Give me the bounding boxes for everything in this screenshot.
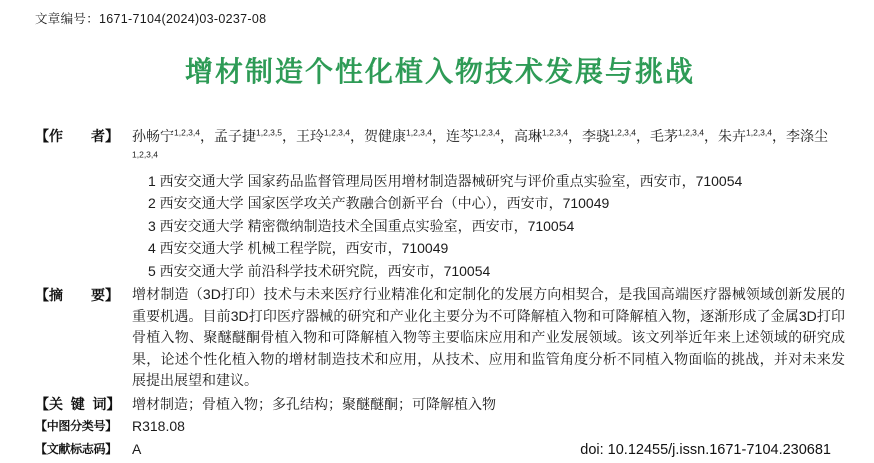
author: 李骁1,2,3,4， xyxy=(582,128,650,144)
author-name: 李骁 xyxy=(582,128,610,144)
keywords-label: 【关 键 词】 xyxy=(35,393,132,415)
author-separator: ， xyxy=(636,128,650,144)
clc-label: 【中图分类号】 xyxy=(35,415,132,437)
author-separator: ， xyxy=(772,128,786,144)
author-name: 贺健康 xyxy=(364,128,406,144)
author-separator: ， xyxy=(200,128,214,144)
author-separator: ， xyxy=(704,128,718,144)
doc-code-value: A xyxy=(132,438,141,460)
abstract-text: 增材制造（3D打印）技术与未来医疗行业精准化和定制化的发展方向相契合，是我国高端… xyxy=(132,284,845,392)
author: 孟子捷1,2,3,5， xyxy=(214,128,296,144)
author-name: 朱卉 xyxy=(718,128,746,144)
author-superscript: 1,2,3,4 xyxy=(610,127,636,137)
author-superscript: 1,2,3,4 xyxy=(406,127,432,137)
author-separator: ， xyxy=(568,128,582,144)
abstract-label: 【摘 要】 xyxy=(35,284,132,306)
author: 朱卉1,2,3,4， xyxy=(718,128,786,144)
keywords-row: 【关 键 词】 增材制造；骨植入物；多孔结构；聚醚醚酮；可降解植入物 xyxy=(35,393,845,415)
author: 王玲1,2,3,4， xyxy=(296,128,364,144)
affiliation-line: 1 西安交通大学 国家药品监督管理局医用增材制造器械研究与评价重点实验室，西安市… xyxy=(148,170,845,193)
author: 贺健康1,2,3,4， xyxy=(364,128,446,144)
article-number: 文章编号：1671-7104(2024)03-0237-08 xyxy=(35,12,845,27)
author-name: 王玲 xyxy=(296,128,324,144)
author: 毛茅1,2,3,4， xyxy=(650,128,718,144)
affiliation-line: 5 西安交通大学 前沿科学技术研究院，西安市，710054 xyxy=(148,260,845,283)
authors-label: 【作 者】 xyxy=(35,125,132,147)
clc-value: R318.08 xyxy=(132,415,845,437)
author-separator: ， xyxy=(500,128,514,144)
author-superscript: 1,2,3,4 xyxy=(474,127,500,137)
paper-page: 文章编号：1671-7104(2024)03-0237-08 增材制造个性化植入… xyxy=(0,0,874,463)
doc-code-row: 【文献标志码】 A doi: 10.12455/j.issn.1671-7104… xyxy=(35,438,845,461)
author-superscript: 1,2,3,4 xyxy=(678,127,704,137)
author-superscript: 1,2,3,4 xyxy=(324,127,350,137)
abstract-row: 【摘 要】 增材制造（3D打印）技术与未来医疗行业精准化和定制化的发展方向相契合… xyxy=(35,284,845,392)
affiliations-block: 1 西安交通大学 国家药品监督管理局医用增材制造器械研究与评价重点实验室，西安市… xyxy=(35,170,845,283)
author-name: 高琳 xyxy=(514,128,542,144)
doi-text: doi: 10.12455/j.issn.1671-7104.230681 xyxy=(580,439,831,461)
author-name: 连芩 xyxy=(446,128,474,144)
affiliation-line: 4 西安交通大学 机械工程学院，西安市，710049 xyxy=(148,237,845,260)
author-separator: ， xyxy=(282,128,296,144)
author: 高琳1,2,3,4， xyxy=(514,128,582,144)
author-superscript: 1,2,3,4 xyxy=(132,150,158,160)
author-superscript: 1,2,3,4 xyxy=(746,127,772,137)
author-separator: ， xyxy=(432,128,446,144)
author-superscript: 1,2,3,5 xyxy=(256,127,282,137)
authors-list: 孙畅宁1,2,3,4，孟子捷1,2,3,5，王玲1,2,3,4，贺健康1,2,3… xyxy=(132,125,845,170)
author-name: 孟子捷 xyxy=(214,128,256,144)
author-name: 毛茅 xyxy=(650,128,678,144)
author-superscript: 1,2,3,4 xyxy=(174,127,200,137)
author-name: 李涤尘 xyxy=(786,128,828,144)
author-separator: ， xyxy=(350,128,364,144)
affiliation-line: 3 西安交通大学 精密微纳制造技术全国重点实验室，西安市，710054 xyxy=(148,215,845,238)
author-name: 孙畅宁 xyxy=(132,128,174,144)
affiliation-line: 2 西安交通大学 国家医学攻关产教融合创新平台（中心），西安市，710049 xyxy=(148,192,845,215)
author: 孙畅宁1,2,3,4， xyxy=(132,128,214,144)
author: 连芩1,2,3,4， xyxy=(446,128,514,144)
paper-title: 增材制造个性化植入物技术发展与挑战 xyxy=(35,55,845,89)
doc-code-label: 【文献标志码】 xyxy=(35,438,132,460)
authors-row: 【作 者】 孙畅宁1,2,3,4，孟子捷1,2,3,5，王玲1,2,3,4，贺健… xyxy=(35,125,845,170)
keywords-text: 增材制造；骨植入物；多孔结构；聚醚醚酮；可降解植入物 xyxy=(132,393,845,415)
author-superscript: 1,2,3,4 xyxy=(542,127,568,137)
clc-row: 【中图分类号】 R318.08 xyxy=(35,415,845,437)
